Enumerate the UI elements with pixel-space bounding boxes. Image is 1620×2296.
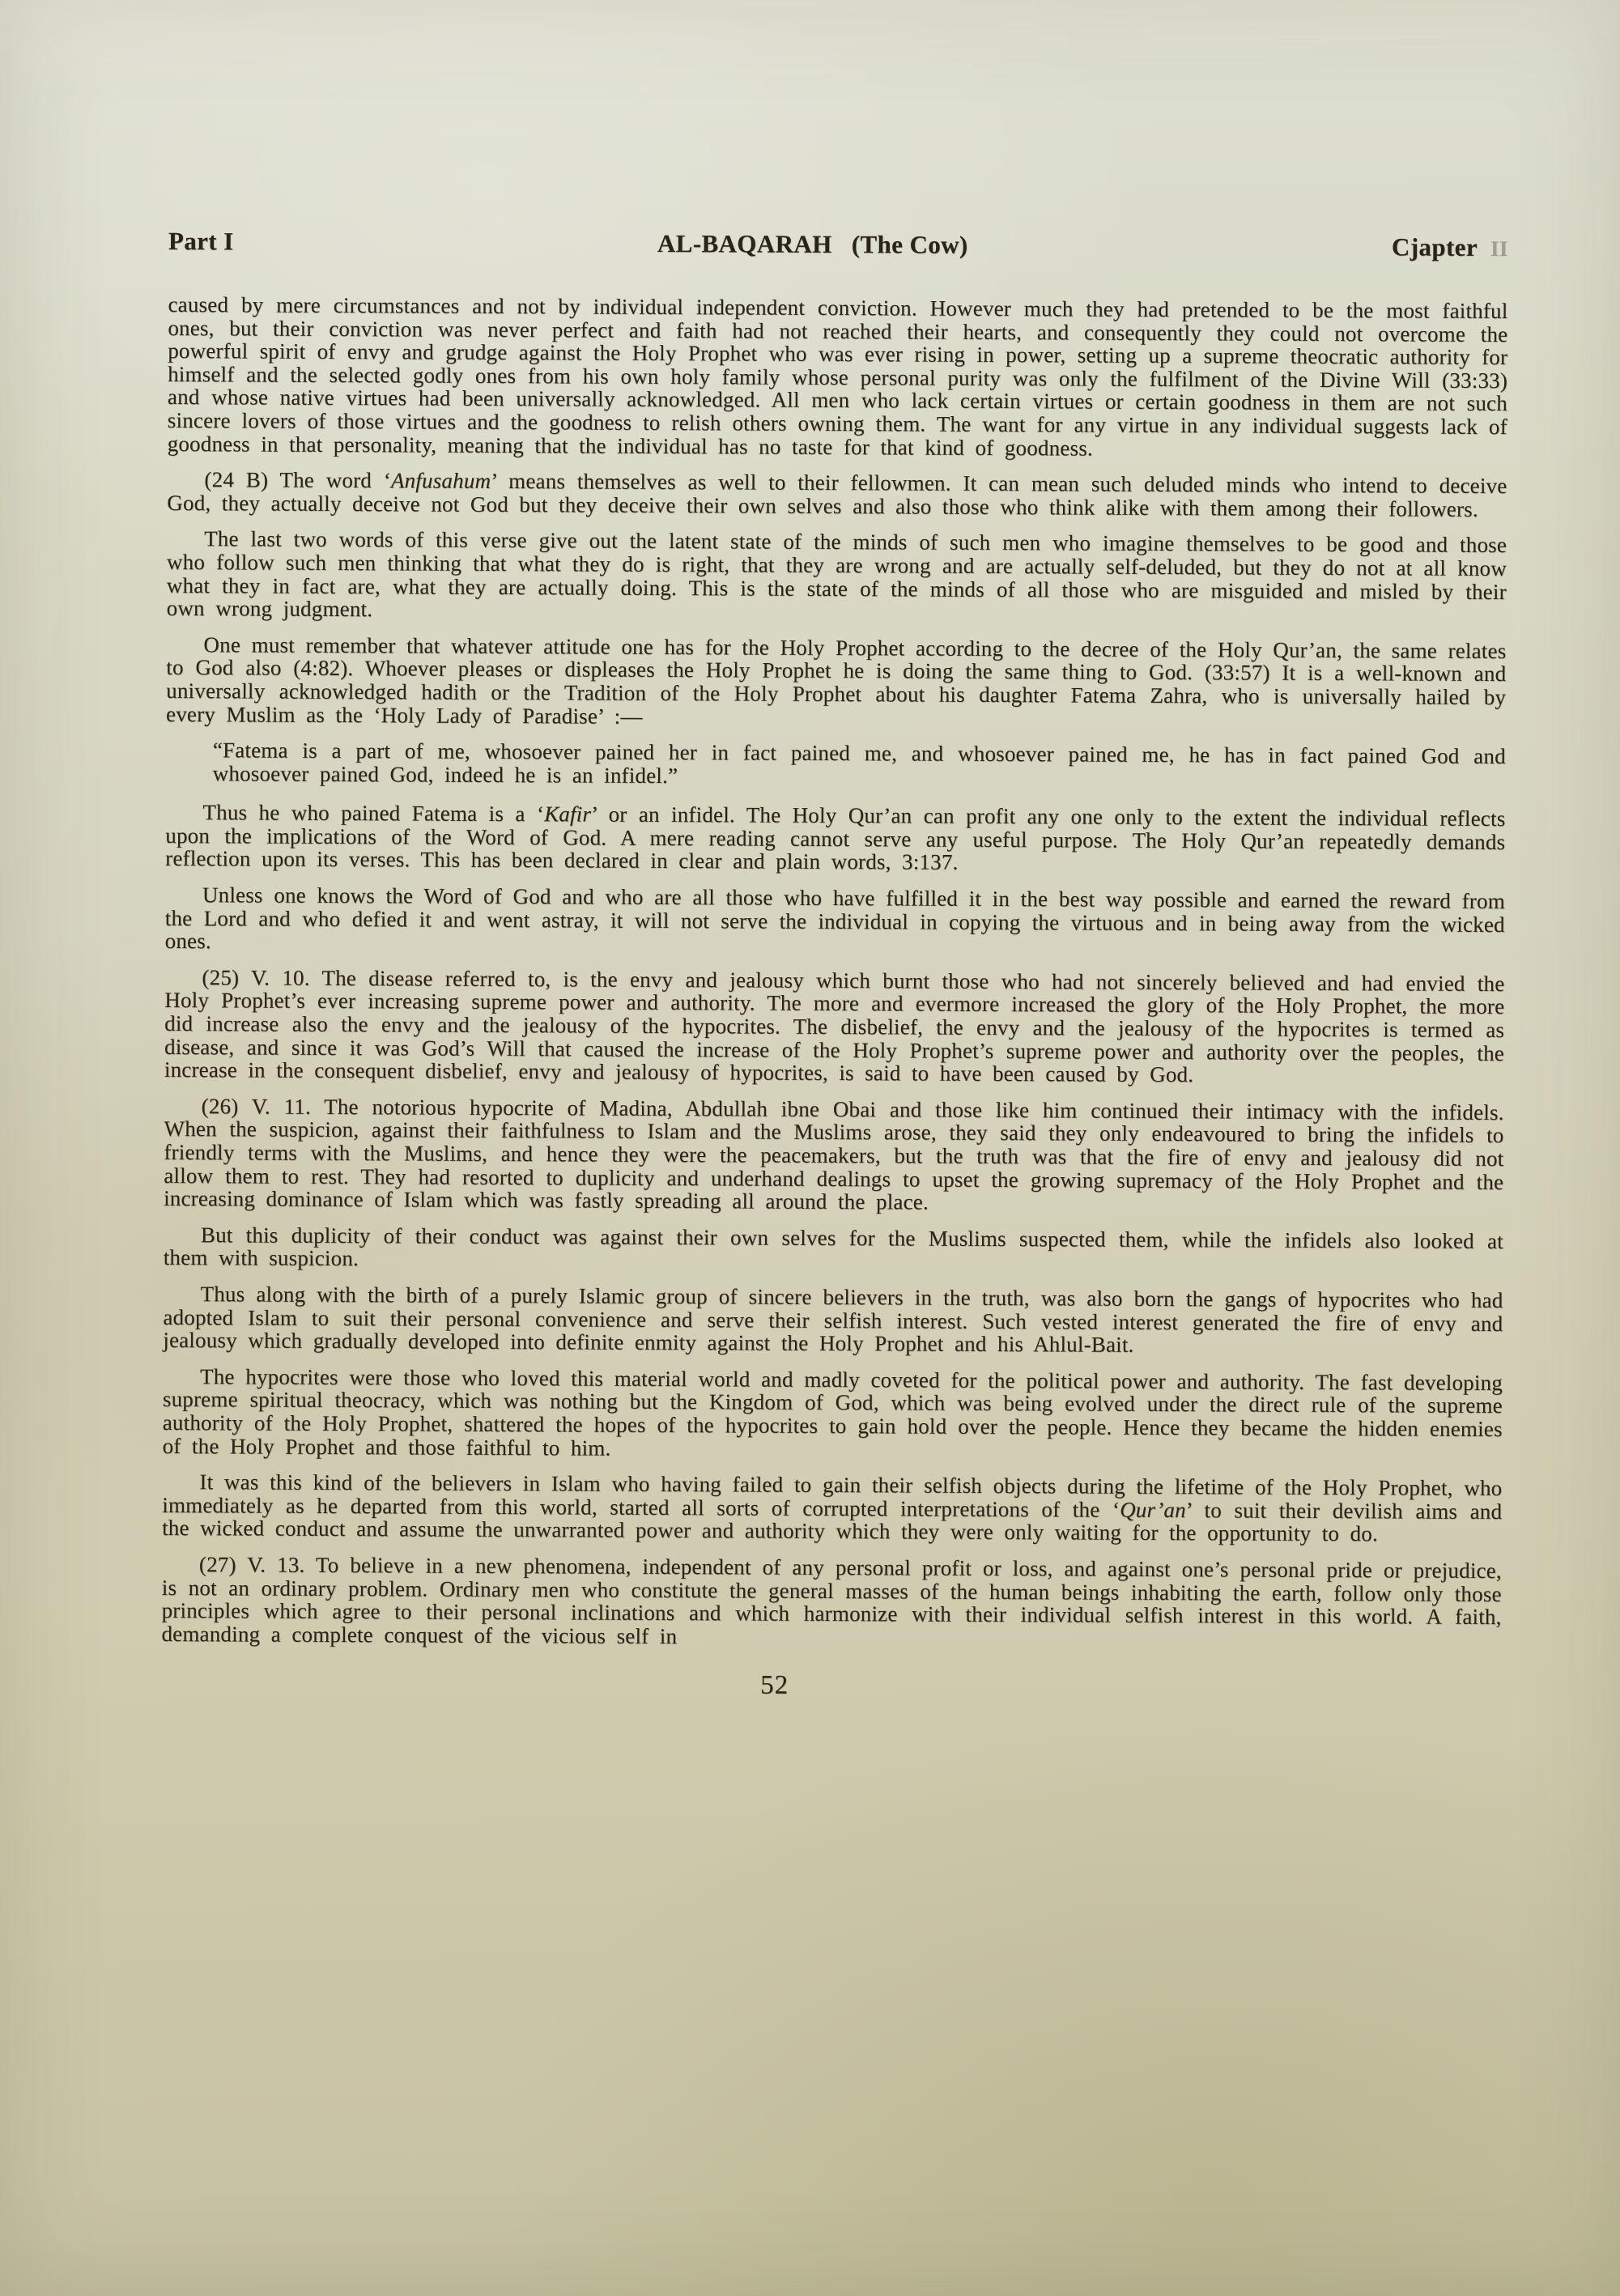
paragraph: The last two words of this verse give ou…	[167, 527, 1507, 626]
paragraph: But this duplicity of their conduct was …	[164, 1223, 1503, 1276]
page-content: Part I AL-BAQARAH (The Cow) CjapterII ca…	[161, 227, 1508, 1704]
paragraph: One must remember that whatever attitude…	[166, 633, 1507, 732]
paragraph: Thus along with the birth of a purely Is…	[163, 1282, 1503, 1358]
running-header: Part I AL-BAQARAH (The Cow) CjapterII	[168, 227, 1508, 262]
body-paragraphs: caused by mere circumstances and not by …	[161, 293, 1507, 1652]
header-chapter-label: CjapterII	[1392, 232, 1508, 262]
paragraph: (25) V. 10. The disease referred to, is …	[164, 966, 1505, 1088]
paragraph: Thus he who pained Fatema is a ‘Kafir’ o…	[165, 801, 1505, 877]
paragraph: Unless one knows the Word of God and who…	[165, 883, 1505, 959]
paragraph: The hypocrites were those who loved this…	[163, 1365, 1503, 1464]
header-part-label: Part I	[168, 227, 234, 256]
paragraph: (24 B) The word ‘Anfusahum’ means themse…	[167, 468, 1507, 521]
page-number: 52	[104, 1668, 1444, 1704]
title-surah-translation: (The Cow)	[852, 230, 968, 260]
title-surah-name: AL-BAQARAH	[657, 229, 832, 259]
chapter-number-faint: II	[1490, 236, 1508, 261]
quote-paragraph: “Fatema is a part of me, whosoever paine…	[213, 738, 1506, 791]
paragraph: caused by mere circumstances and not by …	[168, 293, 1508, 461]
paragraph: (26) V. 11. The notorious hypocrite of M…	[164, 1095, 1504, 1217]
page-title: AL-BAQARAH (The Cow)	[657, 229, 968, 260]
paragraph: It was this kind of the believers in Isl…	[162, 1470, 1502, 1546]
scanned-page: Part I AL-BAQARAH (The Cow) CjapterII ca…	[0, 0, 1620, 2296]
paragraph: (27) V. 13. To believe in a new phenomen…	[161, 1553, 1502, 1652]
